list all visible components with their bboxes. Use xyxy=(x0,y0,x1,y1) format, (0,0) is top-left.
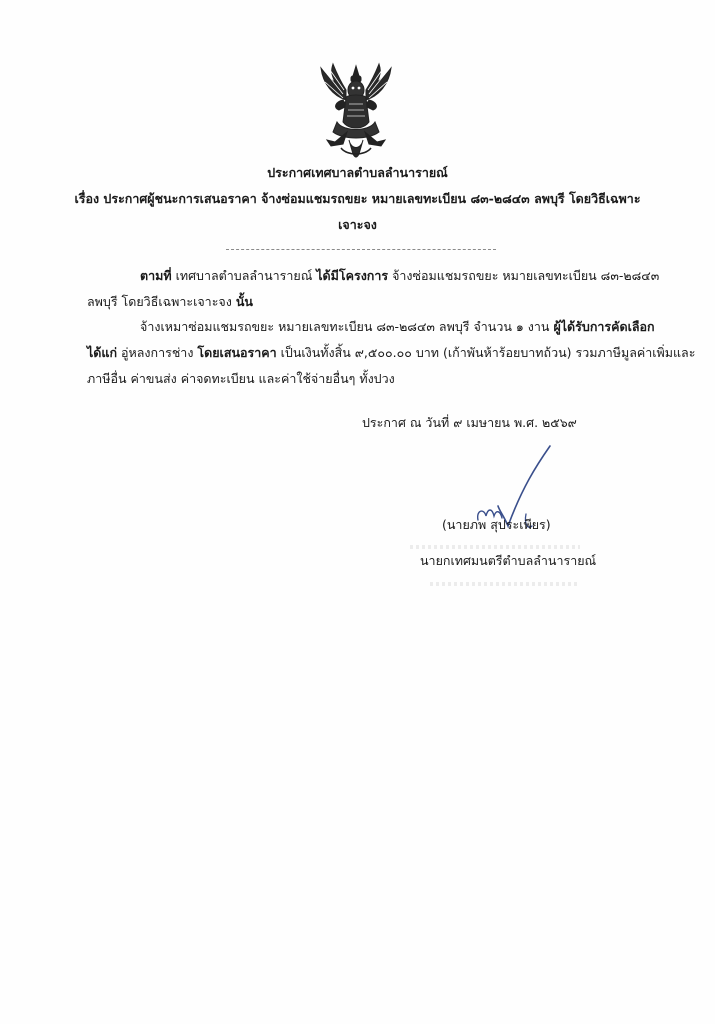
signatory-name: (นายภพ สุประเพียร) xyxy=(442,516,551,534)
para1-project: จ้างซ่อมแชมรถขยะ หมายเลขทะเบียน ๘๓-๒๘๔๓ xyxy=(388,268,659,283)
announcement-date: ประกาศ ณ วันที่ ๙ เมษายน พ.ศ. ๒๕๖๙ xyxy=(362,414,577,432)
paragraph-2-line-2: ได้แก่ อู่หลงการช่าง โดยเสนอราคา เป็นเงิ… xyxy=(87,344,695,362)
faint-stamp-residue-2 xyxy=(430,582,580,586)
para1-lead: ตามที่ xyxy=(140,268,172,283)
paragraph-1-line-2: ลพบุรี โดยวิธีเฉพาะเจาะจง นั้น xyxy=(87,293,253,311)
para1-project-label: ได้มีโครงการ xyxy=(316,268,388,283)
para2-winner-prefix: ได้แก่ xyxy=(87,345,117,360)
announcement-subject-line2: เจาะจง xyxy=(0,216,715,234)
paragraph-2-line-1: จ้างเหมาซ่อมแชมรถขยะ หมายเลขทะเบียน ๘๓-๒… xyxy=(140,318,655,336)
para1-org: เทศบาลตำบลลำนารายณ์ xyxy=(172,268,317,283)
para2-winner-name: อู่หลงการช่าง xyxy=(117,345,197,360)
para1-end: นั้น xyxy=(236,294,253,309)
para2-bid-label: โดยเสนอราคา xyxy=(197,345,276,360)
para2-winner-label: ผู้ได้รับการคัดเลือก xyxy=(553,319,654,334)
announcement-subject-line1: เรื่อง ประกาศผู้ชนะการเสนอราคา จ้างซ่อมแ… xyxy=(0,190,715,208)
faint-stamp-residue xyxy=(410,545,580,549)
announcement-title: ประกาศเทศบาลตำบลลำนารายณ์ xyxy=(0,164,715,182)
para1-method: ลพบุรี โดยวิธีเฉพาะเจาะจง xyxy=(87,294,236,309)
header-separator xyxy=(226,249,496,250)
document-page: ประกาศเทศบาลตำบลลำนารายณ์ เรื่อง ประกาศผ… xyxy=(0,0,715,1024)
paragraph-1-line-1: ตามที่ เทศบาลตำบลลำนารายณ์ ได้มีโครงการ … xyxy=(140,267,659,285)
garuda-emblem-icon xyxy=(313,60,399,160)
para2-work: จ้างเหมาซ่อมแชมรถขยะ หมายเลขทะเบียน ๘๓-๒… xyxy=(140,319,553,334)
signatory-position: นายกเทศมนตรีตำบลลำนารายณ์ xyxy=(420,552,596,570)
para2-bid-amount: เป็นเงินทั้งสิ้น ๙,๕๐๐.๐๐ บาท (เก้าพันห้… xyxy=(277,345,696,360)
paragraph-2-line-3: ภาษีอื่น ค่าขนส่ง ค่าจดทะเบียน และค่าใช้… xyxy=(87,370,395,388)
